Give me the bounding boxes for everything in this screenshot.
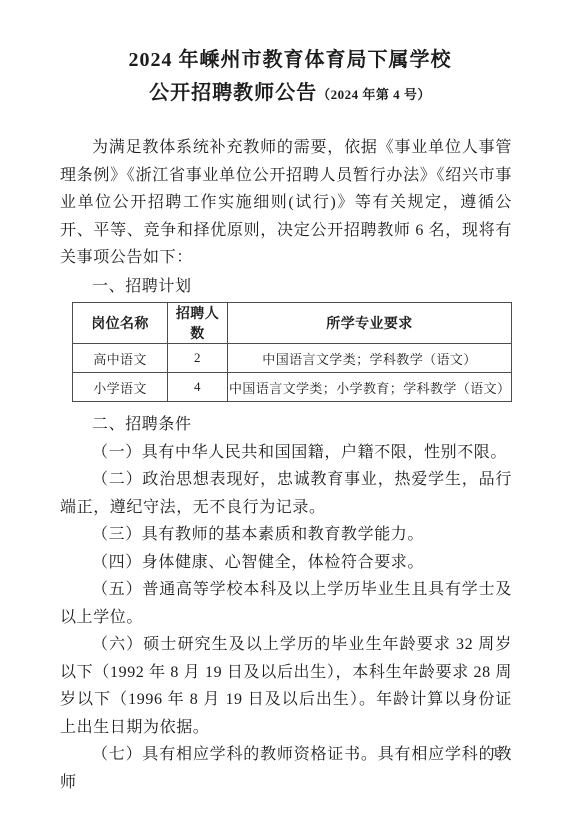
cell-count: 2 [168, 344, 228, 373]
table-row: 高中语文 2 中国语言文学类；学科教学（语文） [73, 344, 512, 373]
condition-item-6: （六）硕士研究生及以上学历的毕业生年龄要求 32 周岁以下（1992 年 8 月… [60, 631, 512, 741]
table-header-major: 所学专业要求 [228, 303, 512, 344]
section1-heading: 一、招聘计划 [60, 273, 512, 301]
table-header-row: 岗位名称 招聘人数 所学专业要求 [73, 303, 512, 344]
cell-position: 小学语文 [73, 373, 168, 402]
section2-heading: 二、招聘条件 [60, 411, 512, 439]
document-title: 2024 年嵊州市教育体育局下属学校 公开招聘教师公告（2024 年第 4 号） [68, 44, 512, 111]
title-doc-number: （2024 年第 4 号） [317, 87, 431, 102]
intro-paragraph: 为满足教体系统补充教师的需要，依据《事业单位人事管理条例》《浙江省事业单位公开招… [60, 134, 512, 272]
cell-major: 中国语言文学类；学科教学（语文） [228, 344, 512, 373]
title-line-1: 2024 年嵊州市教育体育局下属学校 [68, 44, 512, 77]
condition-item-3: （三）具有教师的基本素质和教育教学能力。 [60, 521, 512, 549]
condition-item-4: （四）身体健康、心智健全，体检符合要求。 [60, 549, 512, 577]
cell-count: 4 [168, 373, 228, 402]
table-header-position: 岗位名称 [73, 303, 168, 344]
condition-item-7: （七）具有相应学科的教师资格证书。具有相应学科的教师 [60, 741, 512, 796]
cell-major: 中国语言文学类；小学教育；学科教学（语文） [228, 373, 512, 402]
page-number: - 1 - [481, 745, 512, 760]
table-row: 小学语文 4 中国语言文学类；小学教育；学科教学（语文） [73, 373, 512, 402]
condition-item-5: （五）普通高等学校本科及以上学历毕业生且具有学士及以上学位。 [60, 576, 512, 631]
cell-position: 高中语文 [73, 344, 168, 373]
title-line-2: 公开招聘教师公告（2024 年第 4 号） [68, 77, 512, 111]
table-header-count: 招聘人数 [168, 303, 228, 344]
document-page: 2024 年嵊州市教育体育局下属学校 公开招聘教师公告（2024 年第 4 号）… [0, 0, 582, 823]
condition-item-2: （二）政治思想表现好，忠诚教育事业，热爱学生，品行端正，遵纪守法，无不良行为记录… [60, 466, 512, 521]
title-line-2-main: 公开招聘教师公告 [149, 82, 317, 104]
condition-item-1: （一）具有中华人民共和国国籍，户籍不限，性别不限。 [60, 439, 512, 467]
recruitment-plan-table: 岗位名称 招聘人数 所学专业要求 高中语文 2 中国语言文学类；学科教学（语文）… [72, 302, 512, 402]
